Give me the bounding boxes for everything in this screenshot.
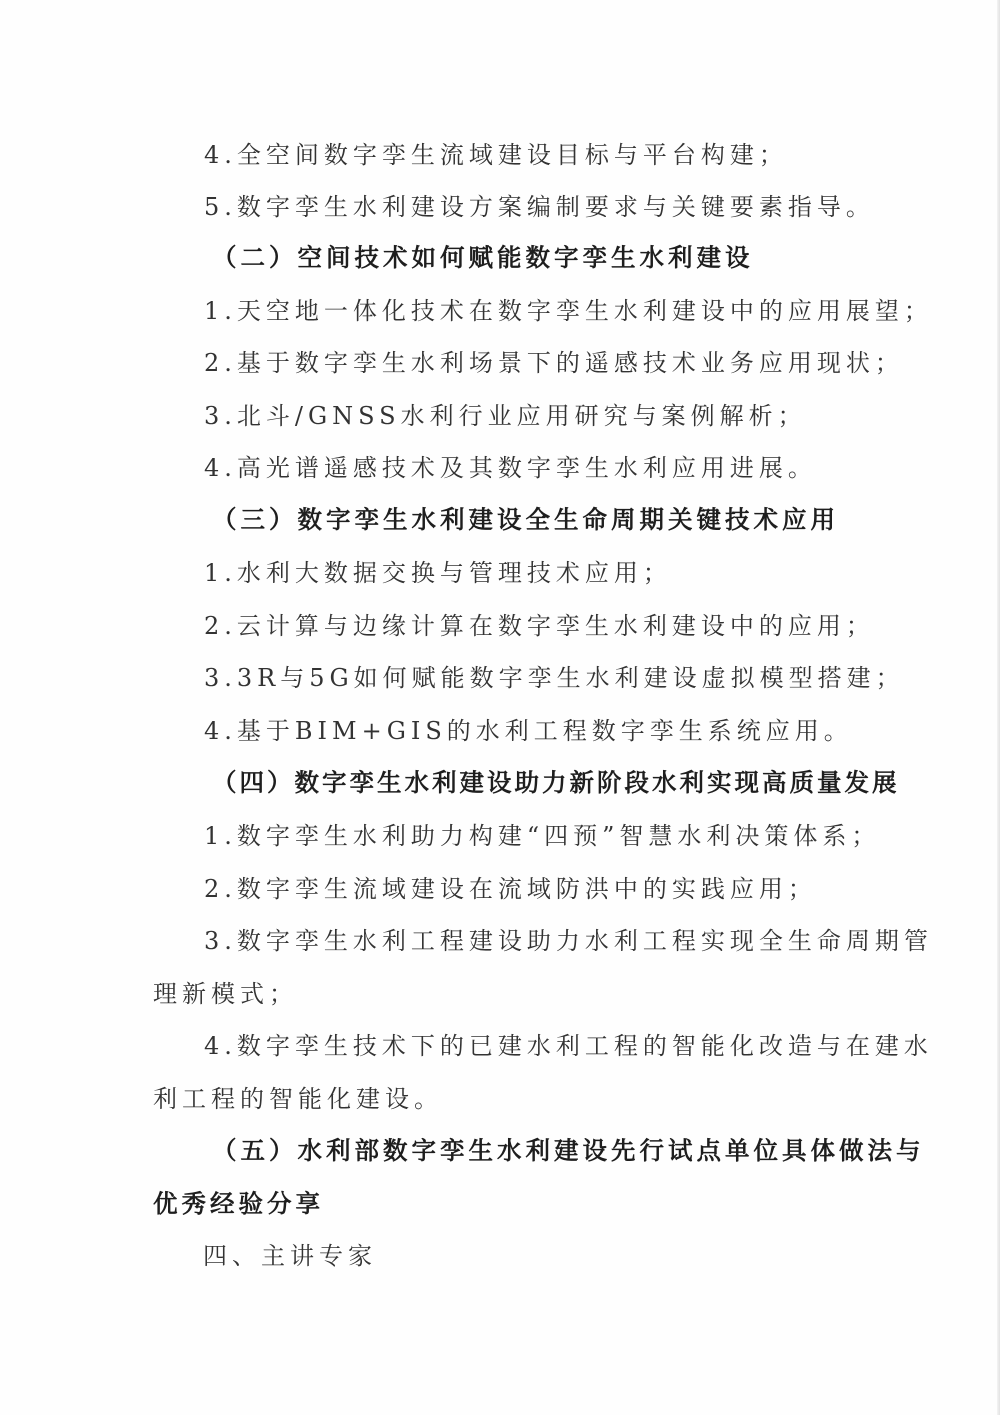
list-item-s2-4: 4.高光谱遥感技术及其数字孪生水利应用进展。: [204, 448, 884, 488]
list-item-s3-4: 4.基于BIM+GIS的水利工程数字孪生系统应用。: [204, 711, 884, 751]
section-heading-3: （三）数字孪生水利建设全生命周期关键技术应用: [212, 500, 892, 540]
section-heading-4: （四）数字孪生水利建设助力新阶段水利实现高质量发展: [212, 763, 892, 803]
list-item-s3-3: 3.3R与5G如何赋能数字孪生水利建设虚拟模型搭建；: [204, 658, 884, 698]
list-item-s3-2: 2.云计算与边缘计算在数字孪生水利建设中的应用；: [204, 606, 884, 646]
list-item-2-5: 5.数字孪生水利建设方案编制要求与关键要素指导。: [204, 187, 884, 227]
list-item-s4-4: 4.数字孪生技术下的已建水利工程的智能化改造与在建水: [204, 1026, 884, 1066]
list-item-s2-1: 1.天空地一体化技术在数字孪生水利建设中的应用展望；: [204, 291, 884, 331]
list-item-s4-1: 1.数字孪生水利助力构建“四预”智慧水利决策体系；: [204, 816, 884, 856]
list-item-s4-4-continuation: 利工程的智能化建设。: [153, 1079, 833, 1119]
list-item-s2-2: 2.基于数字孪生水利场景下的遥感技术业务应用现状；: [204, 343, 884, 383]
list-item-s3-1: 1.水利大数据交换与管理技术应用；: [204, 553, 884, 593]
section-heading-2: （二）空间技术如何赋能数字孪生水利建设: [212, 238, 892, 278]
list-item-s2-3: 3.北斗/GNSS水利行业应用研究与案例解析；: [204, 396, 884, 436]
list-item-s4-3-continuation: 理新模式；: [153, 974, 833, 1014]
list-item-2-4: 4.全空间数字孪生流域建设目标与平台构建；: [204, 135, 884, 175]
document-page: 4.全空间数字孪生流域建设目标与平台构建； 5.数字孪生水利建设方案编制要求与关…: [0, 0, 1000, 1415]
list-item-s4-3: 3.数字孪生水利工程建设助力水利工程实现全生命周期管: [204, 921, 884, 961]
section-heading-5-continuation: 优秀经验分享: [153, 1184, 833, 1224]
list-item-s4-2: 2.数字孪生流域建设在流域防洪中的实践应用；: [204, 869, 884, 909]
section-heading-5: （五）水利部数字孪生水利建设先行试点单位具体做法与: [212, 1131, 892, 1171]
chapter-heading-4: 四、主讲专家: [203, 1236, 883, 1276]
